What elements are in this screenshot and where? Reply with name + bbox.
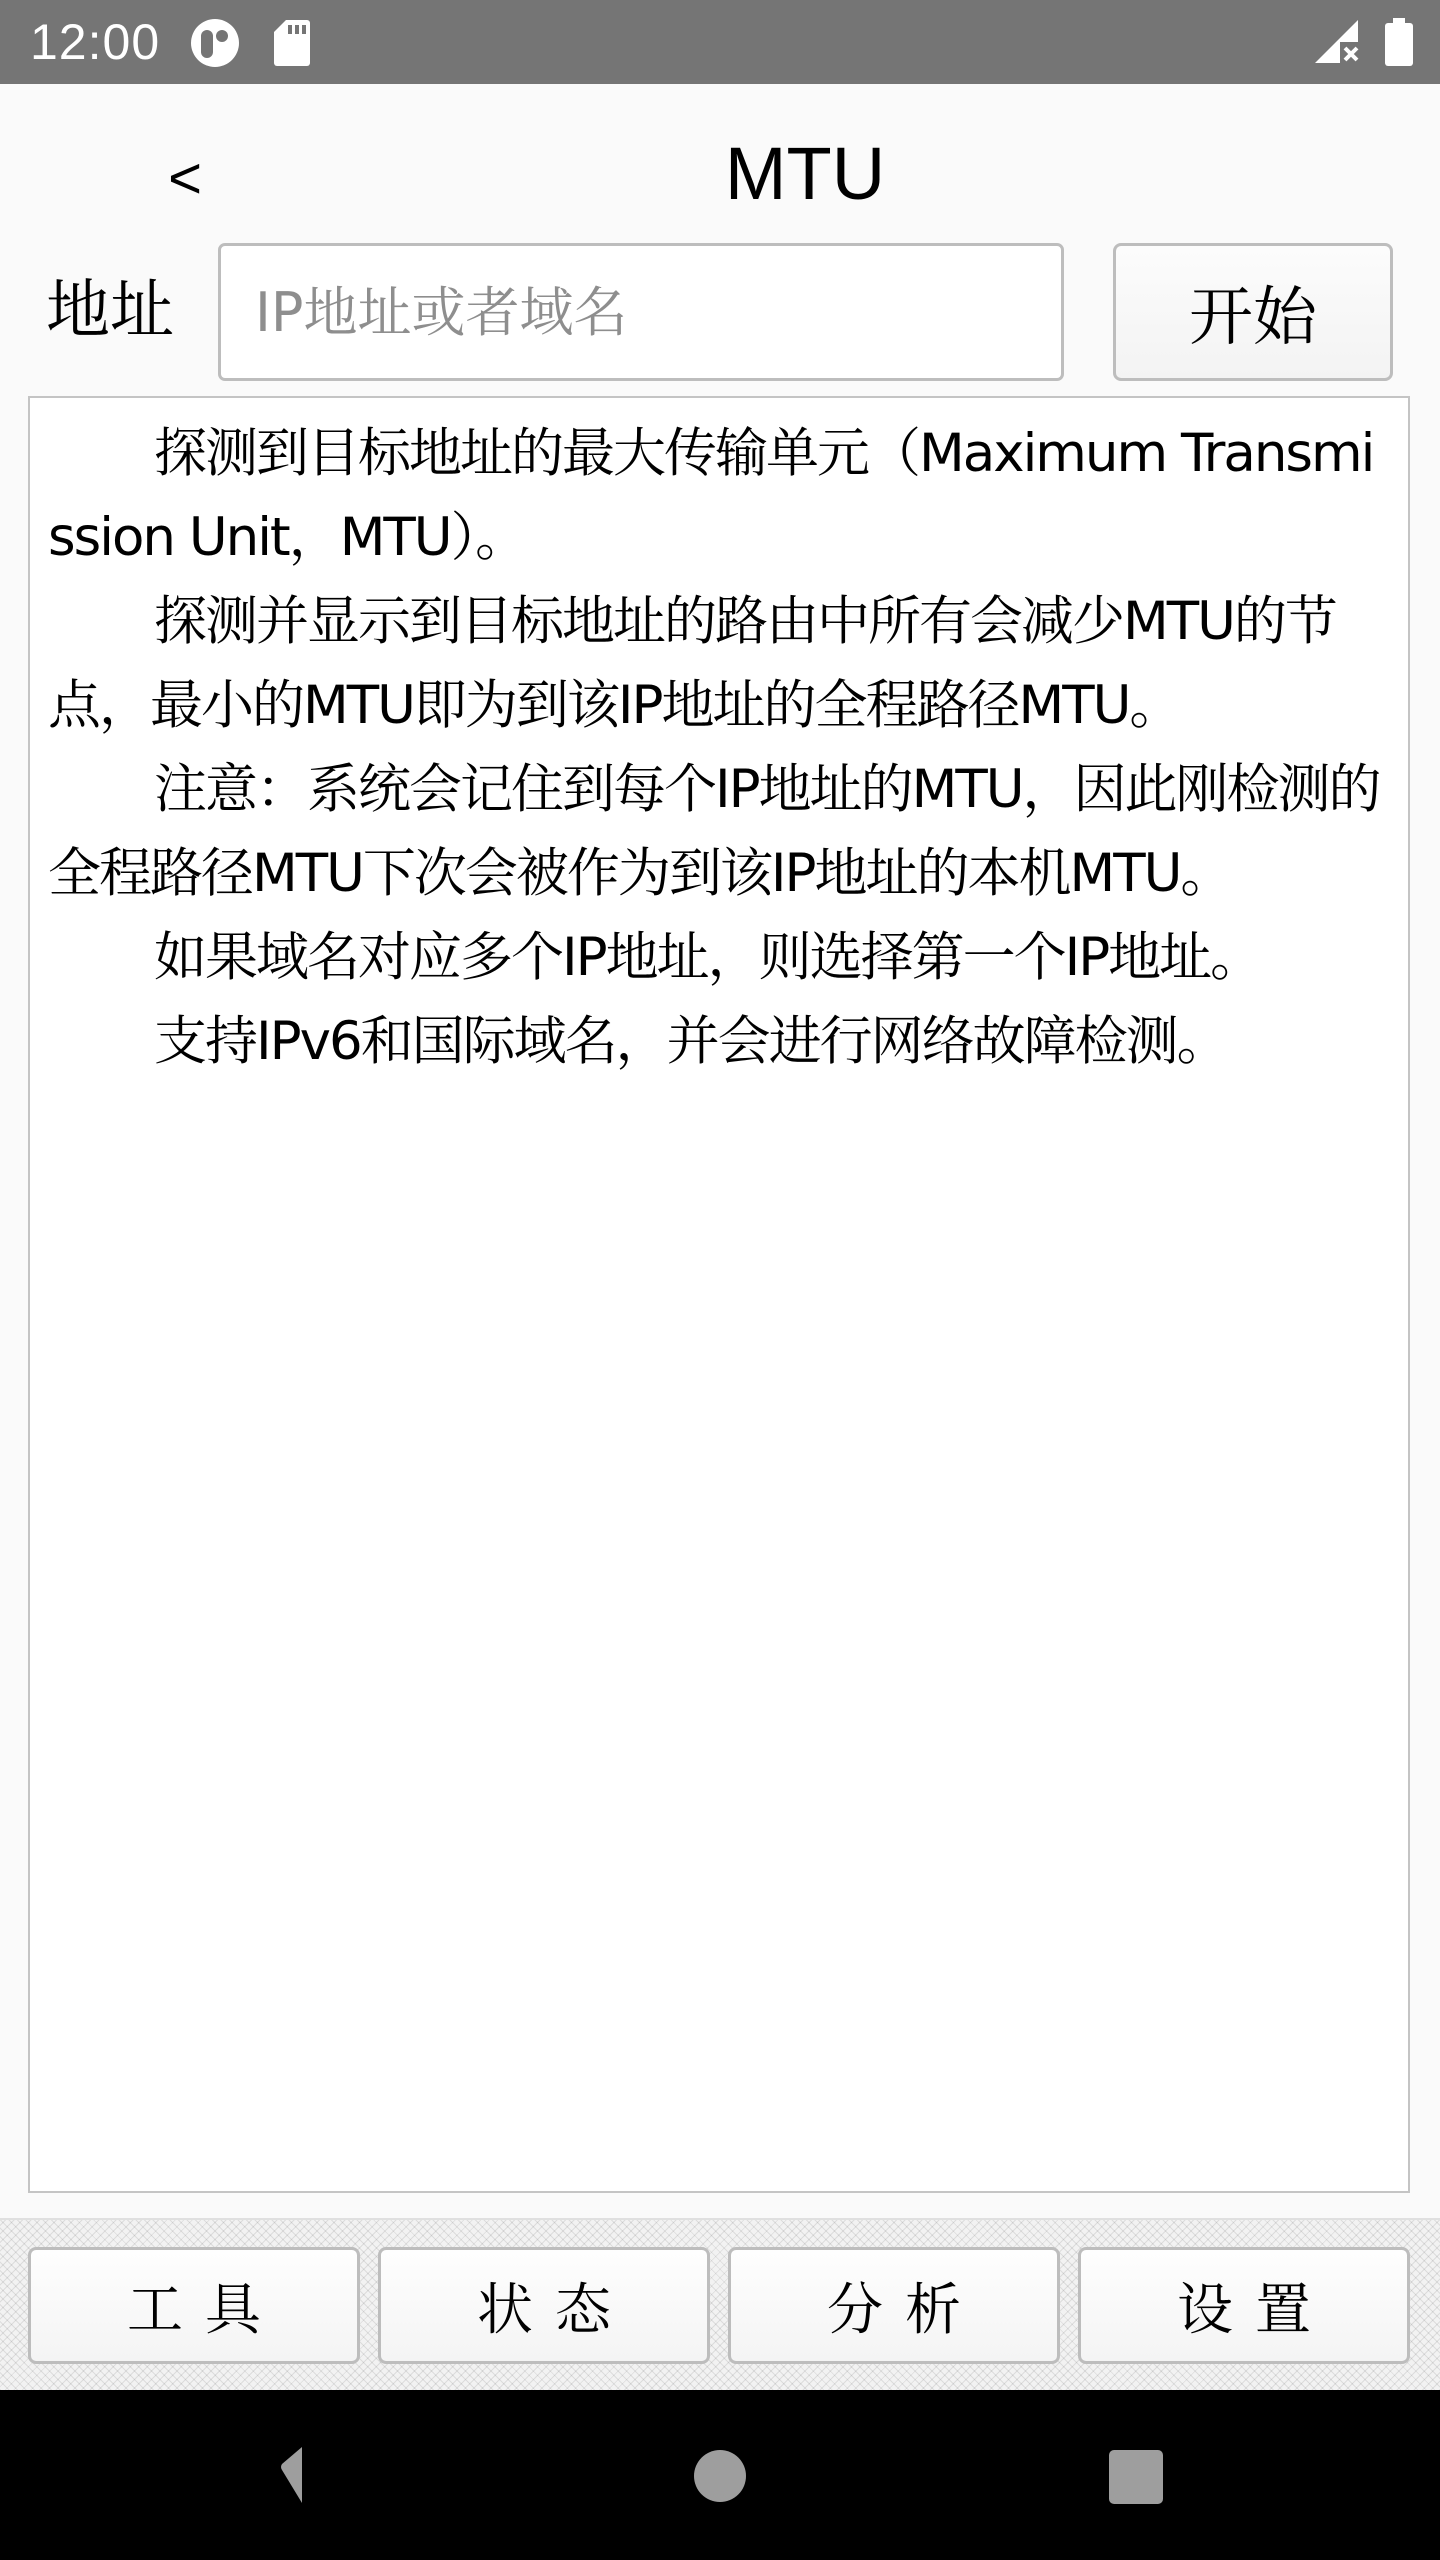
description-paragraph: 如果域名对应多个IP地址，则选择第一个IP地址。	[48, 916, 1394, 1000]
description-paragraph: 探测并显示到目标地址的路由中所有会减少MTU的节点，最小的MTU即为到该IP地址…	[48, 580, 1394, 748]
sd-card-icon	[274, 20, 310, 66]
home-circle-icon	[662, 2440, 772, 2550]
tab-status[interactable]: 状态	[378, 2247, 710, 2364]
description-paragraph: 探测到目标地址的最大传输单元（Maximum Transmission Unit…	[48, 412, 1394, 580]
tab-analysis[interactable]: 分析	[728, 2247, 1060, 2364]
page-title: MTU	[0, 124, 1440, 224]
address-label: 地址	[46, 271, 174, 351]
app-header: < MTU	[0, 84, 1440, 234]
description-paragraph: 注意：系统会记住到每个IP地址的MTU，因此刚检测的全程路径MTU下次会被作为到…	[48, 748, 1394, 916]
battery-full-icon	[1385, 18, 1413, 66]
system-nav-bar	[0, 2390, 1440, 2560]
output-panel[interactable]: 探测到目标地址的最大传输单元（Maximum Transmission Unit…	[28, 396, 1410, 2193]
tab-settings[interactable]: 设置	[1078, 2247, 1410, 2364]
start-button[interactable]: 开始	[1113, 243, 1393, 381]
recents-square-icon	[1080, 2440, 1190, 2550]
nav-recents-button[interactable]	[1080, 2440, 1190, 2550]
description-paragraph: 支持IPv6和国际域名，并会进行网络故障检测。	[48, 1000, 1394, 1084]
address-input[interactable]	[218, 243, 1064, 381]
back-triangle-icon	[245, 2440, 355, 2550]
nav-home-button[interactable]	[662, 2440, 772, 2550]
status-bar: 12:00	[0, 0, 1440, 84]
app-notification-icon	[190, 18, 240, 68]
bottom-tab-bar: 工具 状态 分析 设置	[0, 2218, 1440, 2390]
address-row: 地址 开始	[0, 243, 1440, 381]
nav-back-button[interactable]	[245, 2440, 355, 2550]
tab-tools[interactable]: 工具	[28, 2247, 360, 2364]
status-time: 12:00	[30, 14, 160, 70]
signal-no-data-icon	[1315, 20, 1361, 64]
